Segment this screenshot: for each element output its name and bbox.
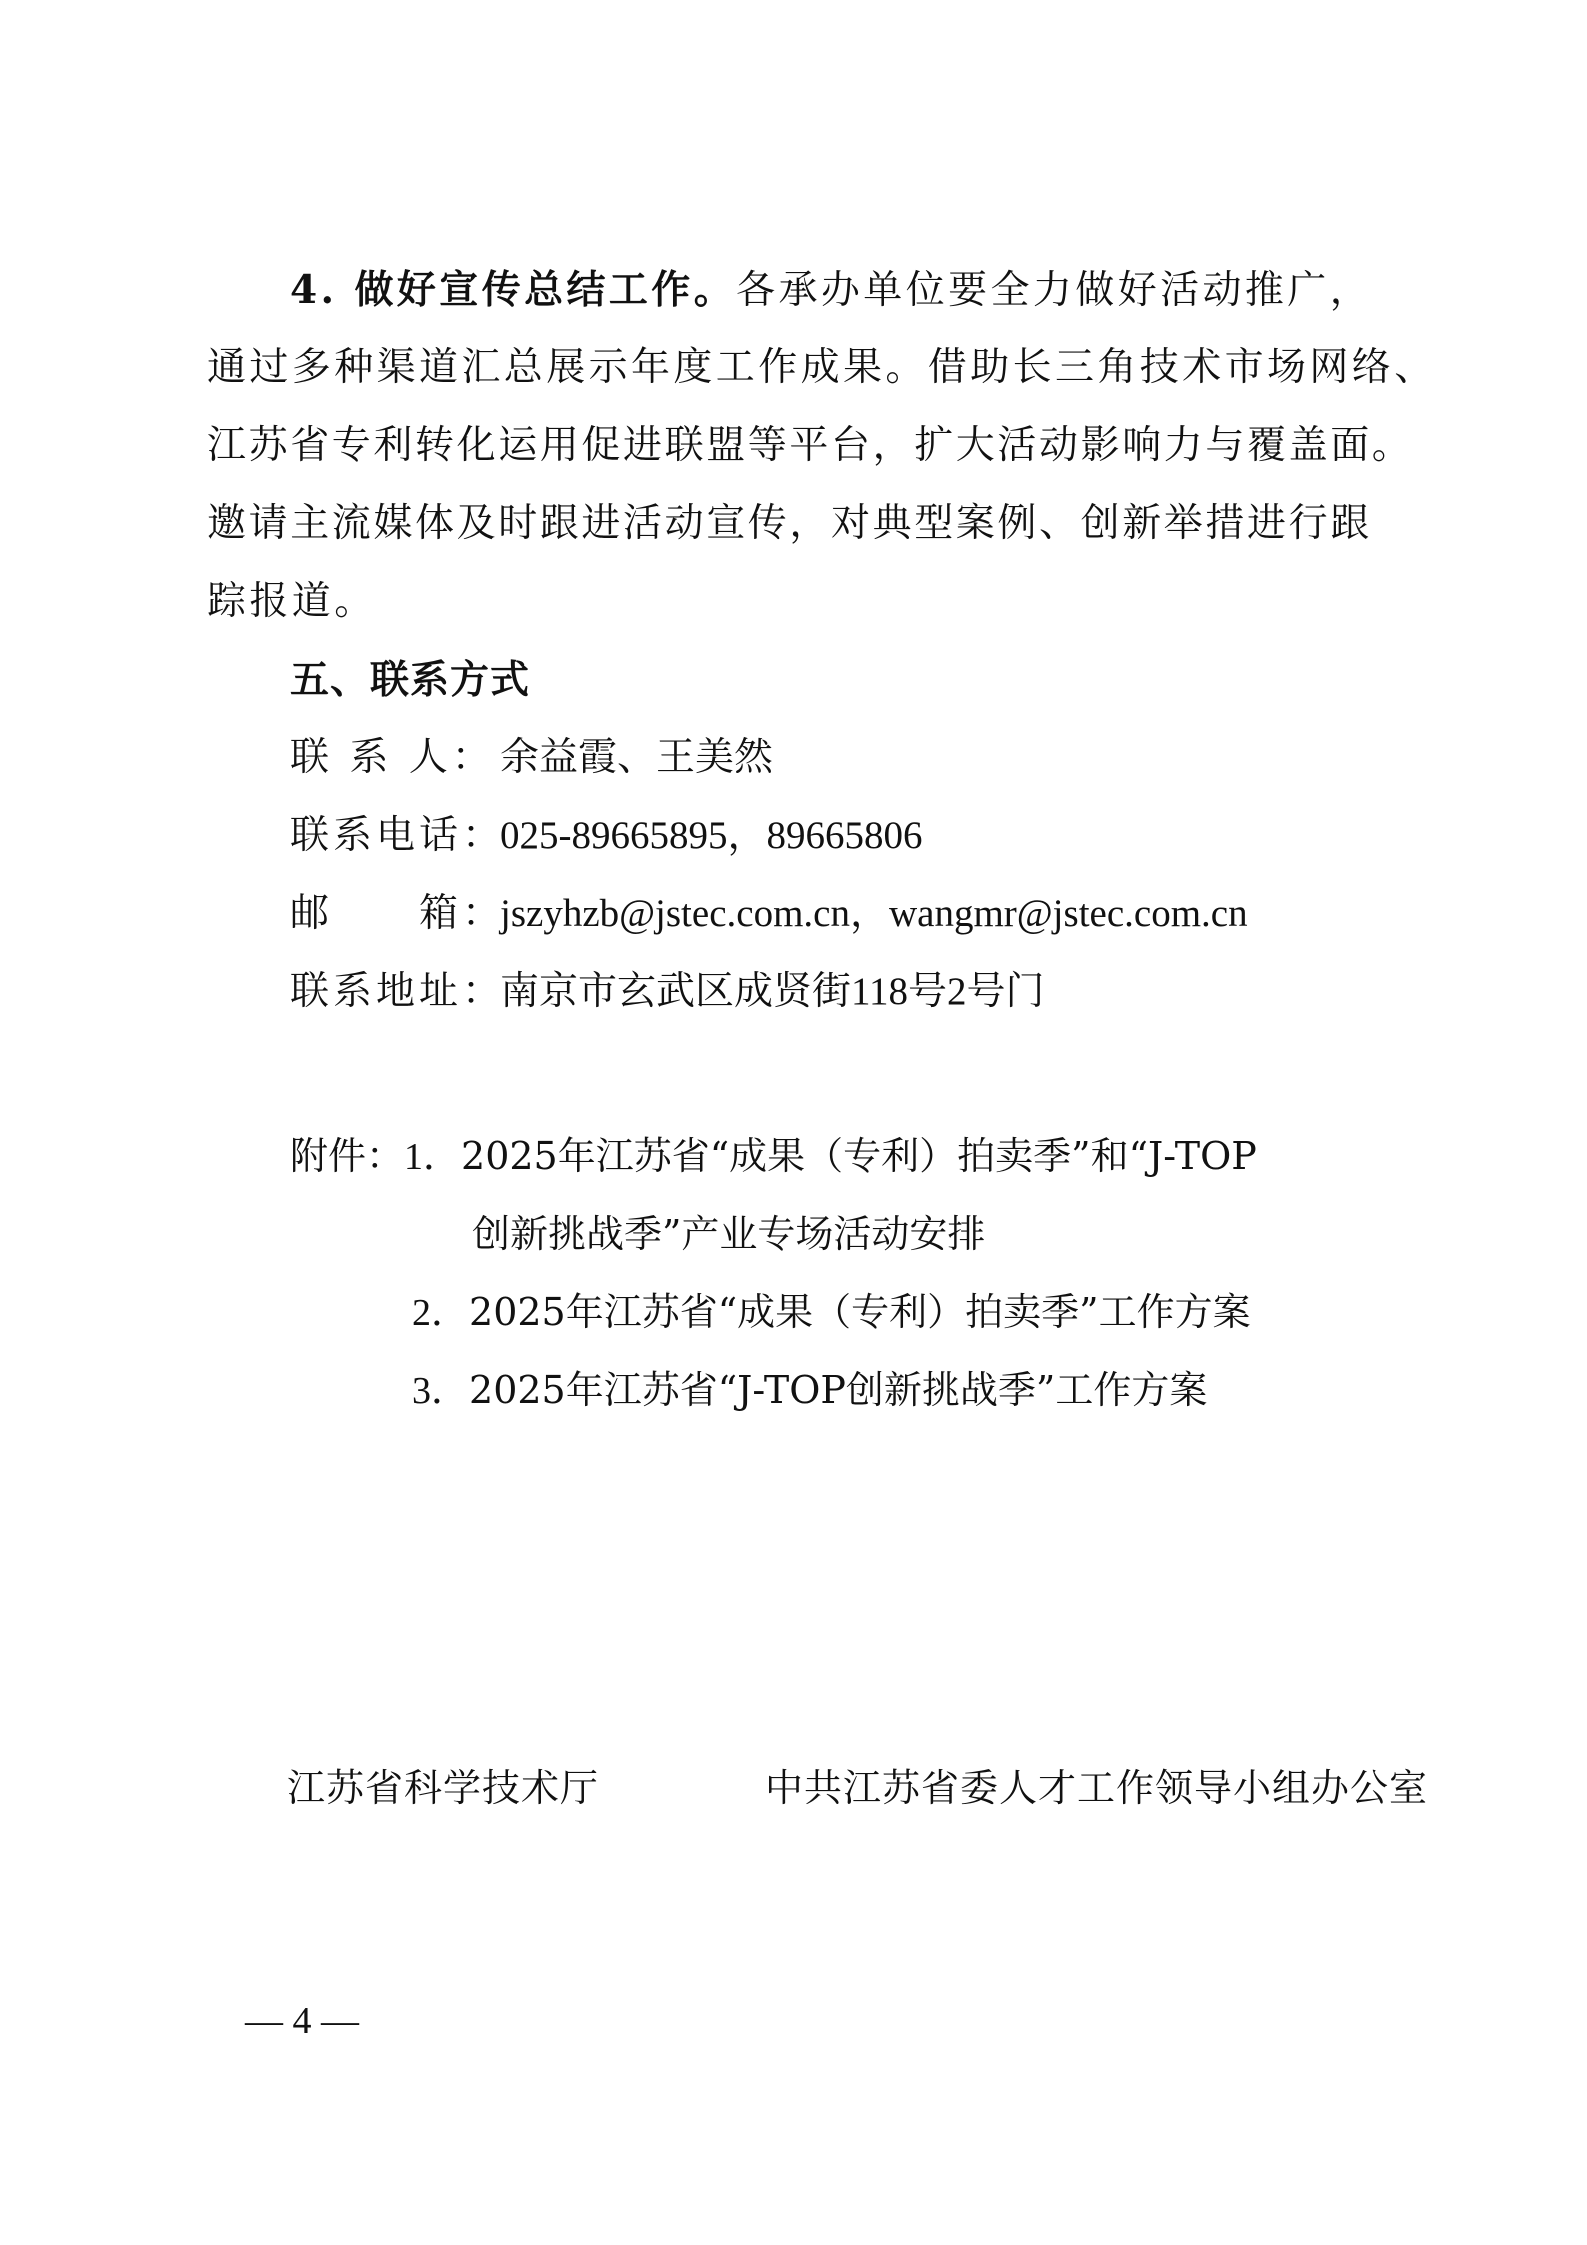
attachment-3: 3．2025年江苏省“J-TOP创新挑战季”工作方案: [412, 1367, 1207, 1414]
contact-phone-row: 联系电话：025-89665895，89665806: [290, 813, 923, 859]
paragraph-line-3: 江苏省专利转化运用促进联盟等平台，扩大活动影响力与覆盖面。: [207, 423, 1413, 469]
signature-right: 中共江苏省委人才工作领导小组办公室: [765, 1765, 1428, 1811]
contact-person-value: 余益霞、王美然: [500, 736, 773, 779]
paragraph-line-1: 4. 做好宣传总结工作。各承办单位要全力做好活动推广，: [290, 267, 1372, 314]
signature-left: 江苏省科学技术厅: [287, 1765, 599, 1811]
attachment-3-number: 3．: [412, 1370, 469, 1412]
contact-person-label: 联 系 人：: [290, 735, 500, 781]
contact-address-row: 联系地址：南京市玄武区成贤街118号2号门: [290, 969, 1045, 1015]
paragraph-text: 各承办单位要全力做好活动推广，: [736, 268, 1372, 313]
attachment-2-title: 2025年江苏省“成果（专利）拍卖季”工作方案: [469, 1290, 1251, 1334]
page-number: — 4 —: [245, 1998, 359, 2044]
section-4-heading: 4. 做好宣传总结工作。: [290, 267, 736, 313]
attachment-1-title: 2025年江苏省“成果（专利）拍卖季”和“J-TOP: [461, 1134, 1257, 1178]
contact-email-row: 邮 箱：jszyhzb@jstec.com.cn，wangmr@jstec.co…: [290, 891, 1248, 937]
contact-heading: 五、联系方式: [290, 657, 530, 703]
contact-email-label: 邮 箱：: [290, 891, 500, 937]
contact-phone-label: 联系电话：: [290, 813, 500, 859]
contact-address-label: 联系地址：: [290, 969, 500, 1015]
paragraph-line-4: 邀请主流媒体及时跟进活动宣传，对典型案例、创新举措进行跟: [207, 501, 1372, 547]
contact-phone-value: 025-89665895，89665806: [500, 814, 923, 857]
attachment-1-line-2: 创新挑战季”产业专场活动安排: [472, 1211, 985, 1257]
attachment-3-title: 2025年江苏省“J-TOP创新挑战季”工作方案: [469, 1368, 1207, 1412]
paragraph-line-5: 踪报道。: [207, 579, 377, 625]
contact-person-row: 联 系 人：余益霞、王美然: [290, 735, 773, 781]
attachment-1-line-1: 附件：1．2025年江苏省“成果（专利）拍卖季”和“J-TOP: [290, 1133, 1257, 1180]
contact-email-value: jszyhzb@jstec.com.cn，wangmr@jstec.com.cn: [500, 892, 1248, 935]
attachments-label: 附件：: [290, 1134, 404, 1178]
attachment-2: 2．2025年江苏省“成果（专利）拍卖季”工作方案: [412, 1289, 1251, 1336]
paragraph-line-2: 通过多种渠道汇总展示年度工作成果。借助长三角技术市场网络、: [207, 345, 1437, 391]
attachment-1-number: 1．: [404, 1136, 461, 1178]
contact-address-value: 南京市玄武区成贤街118号2号门: [500, 970, 1045, 1013]
attachment-2-number: 2．: [412, 1292, 469, 1334]
